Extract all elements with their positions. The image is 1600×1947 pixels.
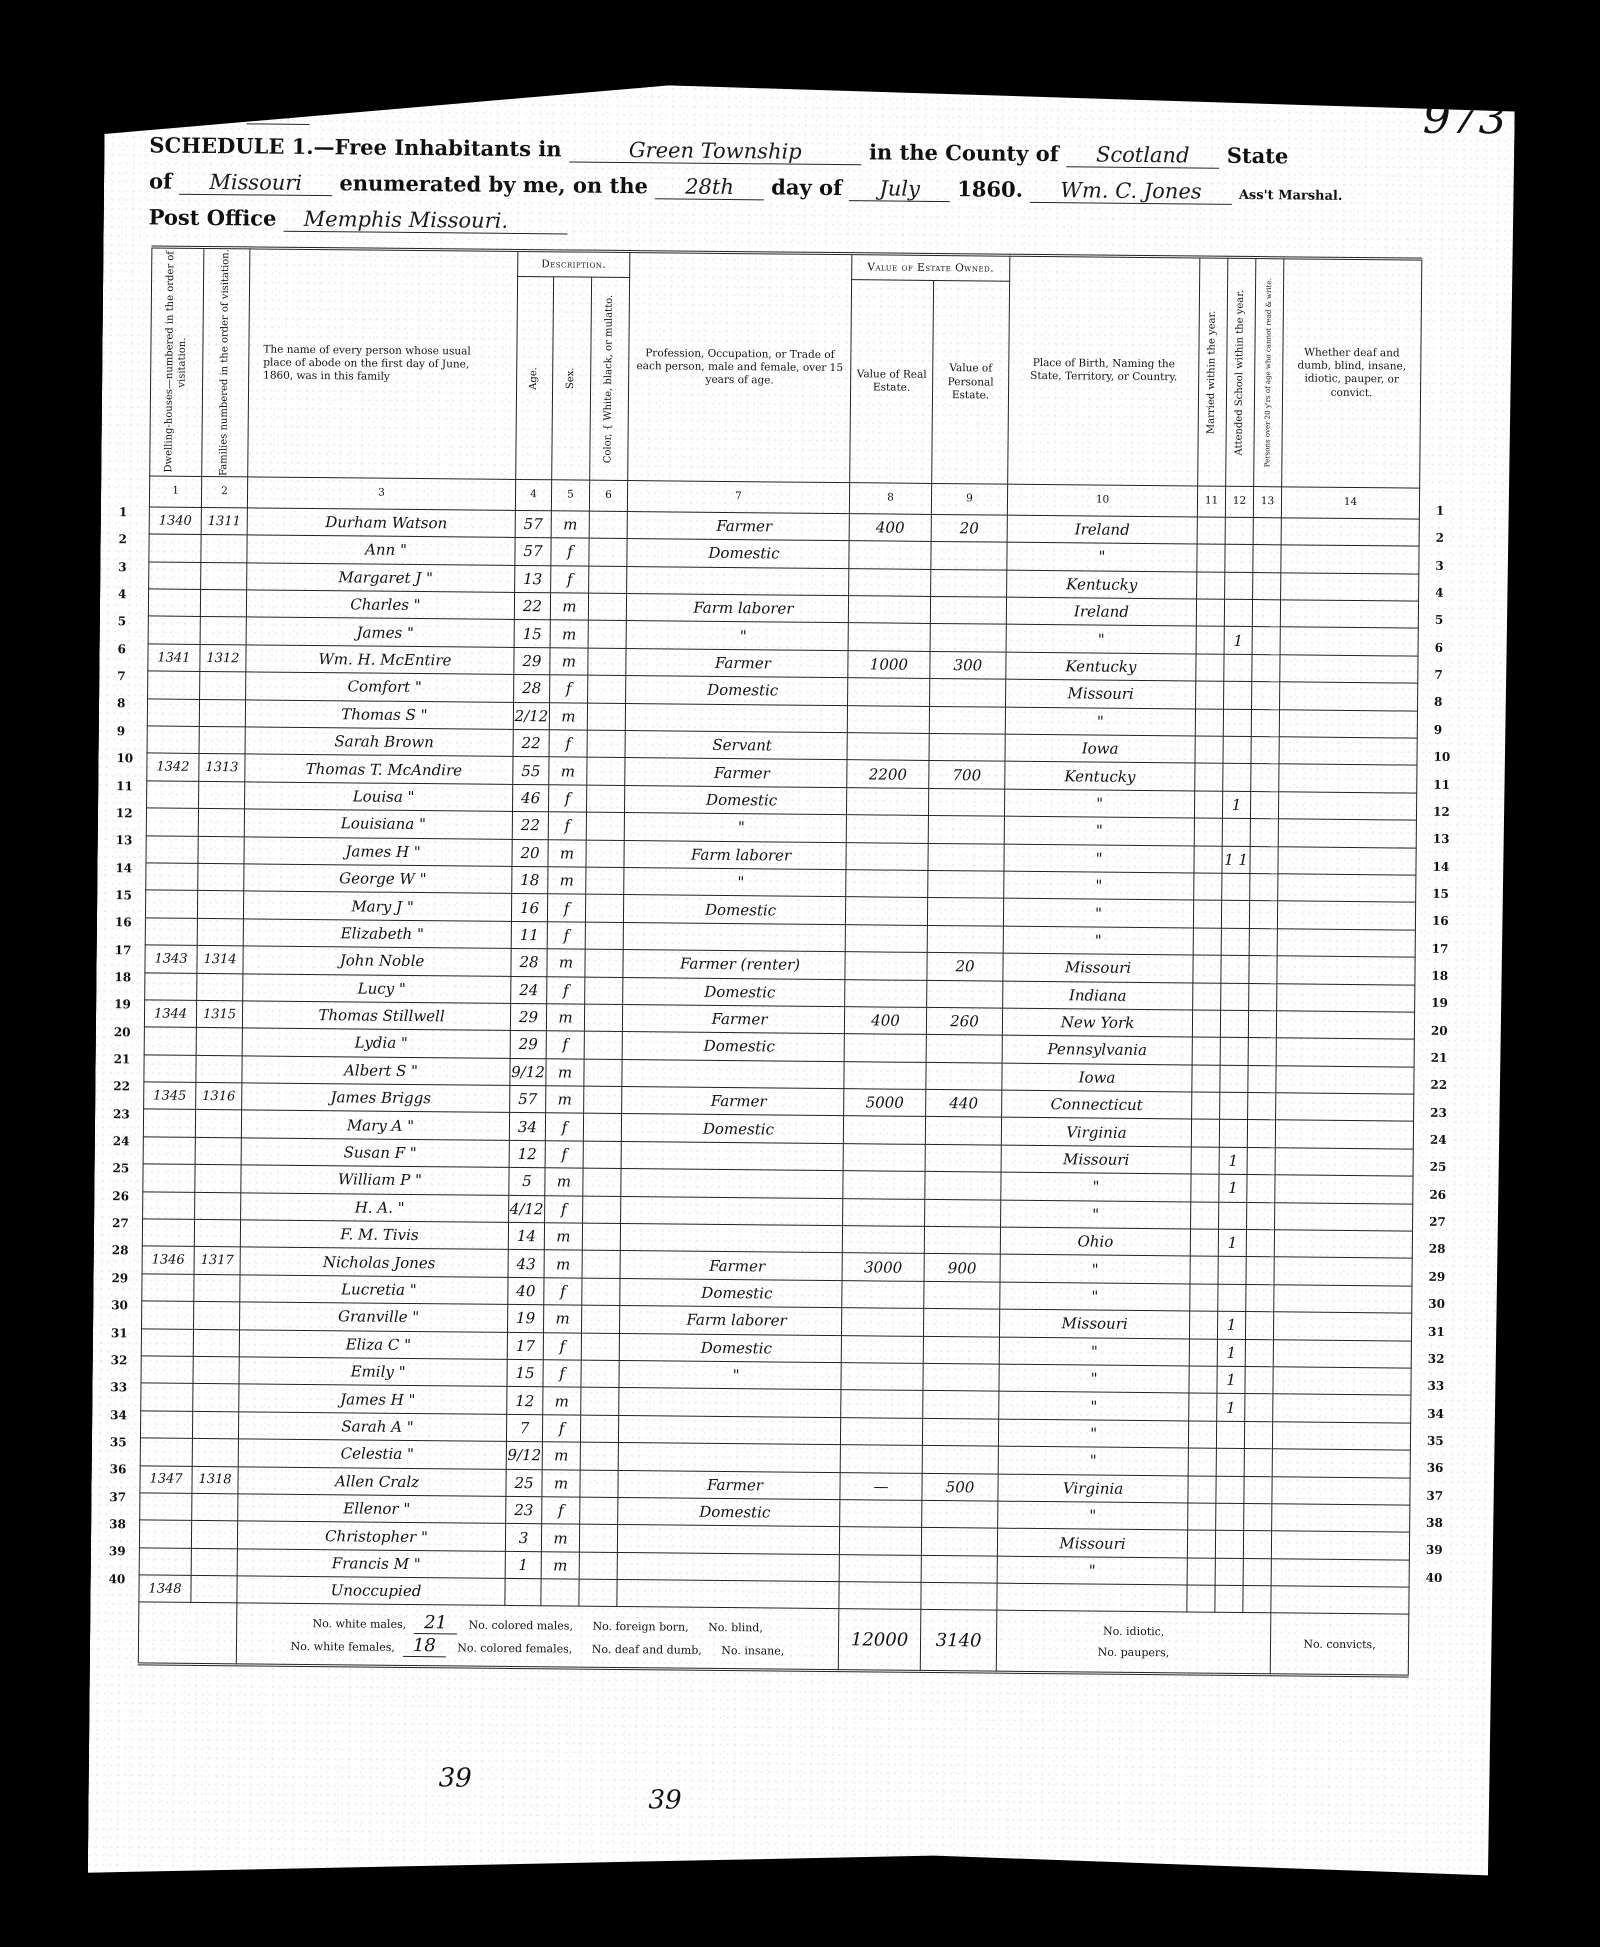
person-name: Charles " (246, 590, 514, 620)
birthplace: Kentucky (1007, 570, 1197, 599)
age: 34 (509, 1113, 545, 1141)
family-number (198, 809, 244, 837)
person-name: Francis M " (237, 1549, 505, 1579)
dwelling-number (147, 726, 199, 754)
dwelling-number (141, 1328, 193, 1356)
birthplace: Kentucky (1006, 652, 1196, 681)
birthplace: Missouri (1006, 679, 1196, 708)
line-number-left: 6 (117, 642, 125, 656)
sex: f (545, 1195, 583, 1223)
dwelling-number (146, 863, 198, 891)
real-estate-value: 400 (849, 514, 931, 542)
line-number-right: 20 (1431, 1023, 1448, 1037)
real-estate-value (847, 733, 929, 761)
color (588, 648, 626, 676)
idiotic-label: No. idiotic, (1103, 1625, 1164, 1639)
dwelling-number (143, 1164, 195, 1192)
disability (1277, 983, 1415, 1012)
birthplace: " (1001, 1200, 1191, 1229)
married (1192, 1037, 1220, 1065)
age: 15 (514, 620, 550, 648)
personal-estate-value (925, 1117, 1001, 1145)
month-field: July (849, 176, 950, 202)
family-number (197, 891, 243, 919)
married (1191, 1202, 1219, 1230)
married (1195, 736, 1223, 764)
real-estate-value (839, 1554, 921, 1582)
color (581, 1360, 619, 1388)
illiterate (1252, 682, 1280, 710)
illiterate (1246, 1257, 1274, 1285)
disability (1276, 1011, 1414, 1040)
disability (1273, 1312, 1411, 1341)
married (1191, 1147, 1219, 1175)
dwelling-number (146, 808, 198, 836)
personal-estate-value (929, 706, 1005, 734)
married (1189, 1339, 1217, 1367)
person-name: Christopher " (237, 1521, 505, 1551)
col-header-age: Age. (516, 277, 554, 480)
illiterate (1248, 1010, 1276, 1038)
personal-estate-value (931, 542, 1007, 570)
family-number: 1317 (194, 1247, 240, 1275)
birthplace: " (1004, 789, 1194, 818)
line-number-left: 21 (114, 1052, 131, 1066)
col-header-married: Married within the year. (1198, 257, 1228, 486)
illiterate (1253, 572, 1281, 600)
color (585, 894, 623, 922)
personal-estate-value (928, 870, 1004, 898)
attended-school (1225, 517, 1253, 545)
dwelling-number (148, 616, 200, 644)
married (1193, 928, 1221, 956)
sex: m (541, 1551, 579, 1579)
age: 25 (506, 1469, 542, 1497)
personal-estate-value (927, 980, 1003, 1008)
person-name: Lydia " (242, 1028, 510, 1058)
dwelling-number (143, 1137, 195, 1165)
family-number: 1316 (196, 1082, 242, 1110)
sex: f (548, 812, 586, 840)
illiterate (1250, 846, 1278, 874)
line-number-right: 25 (1430, 1160, 1447, 1174)
illiterate (1251, 737, 1279, 765)
line-number-right: 3 (1435, 558, 1443, 572)
age: 14 (508, 1222, 544, 1250)
line-number-left: 15 (115, 888, 132, 902)
age: 28 (511, 949, 547, 977)
column-number: 10 (1007, 484, 1197, 517)
line-number-left: 20 (114, 1025, 131, 1039)
real-estate-value (841, 1335, 923, 1363)
age: 29 (514, 647, 550, 675)
sex: m (544, 1223, 582, 1251)
occupation: Farm laborer (624, 840, 846, 870)
line-number-right: 27 (1429, 1215, 1446, 1229)
color (588, 675, 626, 703)
family-number: 1312 (200, 644, 246, 672)
line-number-right: 33 (1427, 1379, 1444, 1393)
line-number-right: 38 (1426, 1516, 1443, 1530)
real-estate-value (842, 1280, 924, 1308)
person-name: Elizabeth " (243, 919, 511, 949)
sex: m (551, 511, 589, 539)
illiterate (1252, 654, 1280, 682)
line-number-right: 5 (1435, 613, 1443, 627)
birthplace: " (999, 1364, 1189, 1393)
illiterate (1247, 1202, 1275, 1230)
occupation: Domestic (623, 977, 845, 1007)
county-label: in the County of (869, 139, 1059, 166)
married (1187, 1558, 1215, 1586)
married (1196, 681, 1224, 709)
married (1196, 599, 1224, 627)
color (585, 949, 623, 977)
person-name: Emily " (239, 1357, 507, 1387)
foreign-born-label: No. foreign born, (592, 1620, 688, 1634)
family-number (194, 1302, 240, 1330)
column-number: 5 (551, 480, 589, 511)
sex: f (546, 1031, 584, 1059)
person-name: H. A. " (241, 1192, 509, 1222)
line-number-left: 26 (112, 1189, 129, 1203)
real-estate-value (841, 1363, 923, 1391)
disability (1281, 572, 1419, 601)
line-number-right: 9 (1434, 723, 1442, 737)
attended-school: 1 (1217, 1394, 1245, 1422)
age: 5 (509, 1168, 545, 1196)
col-header-color: Color, { White, black, or mulatto. (590, 277, 630, 480)
real-estate-value (843, 1116, 925, 1144)
disability (1281, 545, 1419, 574)
disability (1274, 1257, 1412, 1286)
birthplace: " (1003, 898, 1193, 927)
line-number-left: 10 (116, 751, 133, 765)
occupation: Farmer (renter) (623, 950, 845, 980)
dwelling-number: 1345 (144, 1082, 196, 1110)
occupation: Farmer (625, 758, 847, 788)
real-estate-value (846, 787, 928, 815)
married (1195, 709, 1223, 737)
attended-school: 1 (1217, 1339, 1245, 1367)
line-number-left: 35 (110, 1435, 127, 1449)
age: 57 (515, 510, 551, 538)
attended-school (1215, 1585, 1243, 1613)
illiterate (1252, 600, 1280, 628)
disability (1276, 1065, 1414, 1094)
birthplace: New York (1002, 1008, 1192, 1037)
real-estate-value (842, 1226, 924, 1254)
line-number-left: 40 (109, 1572, 126, 1586)
dwelling-number: 1346 (142, 1246, 194, 1274)
real-estate-total: 12000 (841, 1629, 918, 1651)
age: 57 (515, 538, 551, 566)
occupation: " (619, 1360, 841, 1390)
line-number-left: 13 (116, 833, 133, 847)
person-name: Durham Watson (247, 508, 515, 538)
illiterate (1253, 517, 1281, 545)
person-name: Allen Cralz (238, 1466, 506, 1496)
married (1189, 1366, 1217, 1394)
illiterate (1247, 1120, 1275, 1148)
disability (1280, 600, 1418, 629)
color (585, 922, 623, 950)
age: 40 (508, 1277, 544, 1305)
dwelling-number (145, 918, 197, 946)
dwelling-number: 1341 (148, 644, 200, 672)
line-number-right: 11 (1433, 777, 1450, 791)
line-number-left: 8 (117, 697, 125, 711)
married (1192, 1092, 1220, 1120)
attended-school (1220, 1092, 1248, 1120)
occupation: Domestic (619, 1333, 841, 1363)
attended-school: 1 (1219, 1174, 1247, 1202)
illiterate (1245, 1339, 1273, 1367)
column-number: 11 (1197, 486, 1225, 517)
age: 24 (511, 976, 547, 1004)
attended-school: 1 1 (1222, 846, 1250, 874)
dwelling-number (145, 890, 197, 918)
color (579, 1552, 617, 1580)
attended-school: 1 (1219, 1147, 1247, 1175)
occupation: Domestic (618, 1497, 840, 1527)
person-name: Thomas Stillwell (242, 1001, 510, 1031)
family-number (197, 918, 243, 946)
column-number: 3 (247, 477, 515, 511)
line-number-left: 1 (119, 505, 127, 519)
married (1190, 1284, 1218, 1312)
disability (1281, 518, 1419, 547)
marshal-field: Wm. C. Jones (1030, 178, 1232, 205)
married (1187, 1585, 1215, 1613)
column-number: 13 (1253, 486, 1281, 517)
occupation: Farmer (626, 648, 848, 678)
illiterate (1245, 1366, 1273, 1394)
age: 28 (514, 675, 550, 703)
illiterate (1249, 928, 1277, 956)
person-name: Lucy " (243, 973, 511, 1003)
real-estate-value (846, 842, 928, 870)
sex: f (542, 1497, 580, 1525)
column-number: 8 (849, 483, 931, 515)
personal-estate-value (921, 1582, 997, 1610)
illiterate (1244, 1449, 1272, 1477)
sex: f (547, 976, 585, 1004)
color (582, 1223, 620, 1251)
person-name: Comfort " (246, 672, 514, 702)
personal-estate-value: 300 (930, 651, 1006, 679)
sex: f (551, 565, 589, 593)
color (589, 511, 627, 539)
dwelling-number (147, 699, 199, 727)
birthplace: Virginia (998, 1474, 1188, 1503)
age: 29 (510, 1003, 546, 1031)
dwelling-number (139, 1520, 191, 1548)
personal-estate-value (922, 1446, 998, 1474)
married (1193, 955, 1221, 983)
sex: m (545, 1168, 583, 1196)
married (1191, 1174, 1219, 1202)
disability (1279, 737, 1417, 766)
family-number (192, 1411, 238, 1439)
occupation (621, 1196, 843, 1226)
real-estate-value (848, 678, 930, 706)
color (580, 1442, 618, 1470)
personal-estate-value: 700 (929, 761, 1005, 789)
disability (1280, 682, 1418, 711)
occupation (621, 1169, 843, 1199)
enumeration-line: of Missouri enumerated by me, on the 28t… (149, 168, 1343, 204)
sex: f (542, 1415, 580, 1443)
sex: m (548, 839, 586, 867)
occupation: Domestic (623, 895, 845, 925)
line-number-left: 23 (113, 1107, 130, 1121)
birthplace: Kentucky (1005, 762, 1195, 791)
age: 13 (515, 565, 551, 593)
dwelling-number: 1348 (139, 1575, 191, 1603)
family-number (191, 1521, 237, 1549)
color (586, 785, 624, 813)
dwelling-number (141, 1383, 193, 1411)
color (581, 1305, 619, 1333)
age: 17 (507, 1332, 543, 1360)
occupation: Farmer (627, 511, 849, 541)
dwelling-number (147, 781, 199, 809)
occupation: Farmer (618, 1470, 840, 1500)
illiterate (1246, 1284, 1274, 1312)
township-field: Green Township (569, 137, 862, 165)
census-rows: 13401311Durham Watson57mFarmer40020Irela… (139, 507, 1419, 1615)
dwelling-number (149, 534, 201, 562)
occupation (620, 1224, 842, 1254)
line-number-left: 7 (117, 669, 125, 683)
occupation (621, 1141, 843, 1171)
married (1193, 900, 1221, 928)
col-header-illiterate: Persons over 20 y'rs of age who cannot r… (1254, 258, 1284, 487)
real-estate-value (844, 1061, 926, 1089)
family-number (199, 781, 245, 809)
sex: f (549, 730, 587, 758)
real-estate-value (846, 815, 928, 843)
attended-school: 1 (1224, 627, 1252, 655)
color (585, 977, 623, 1005)
line-number-right: 1 (1436, 504, 1444, 518)
married (1188, 1475, 1216, 1503)
dwelling-number (140, 1493, 192, 1521)
sex: m (543, 1387, 581, 1415)
stamp-number: 973 (1422, 93, 1506, 145)
disability (1277, 929, 1415, 958)
totals-population: No. white males,21 No. colored males, No… (236, 1603, 839, 1671)
person-name: James H " (244, 836, 512, 866)
real-estate-value (840, 1445, 922, 1473)
attended-school: 1 (1217, 1366, 1245, 1394)
age: 1 (505, 1551, 541, 1579)
personal-estate-value (927, 898, 1003, 926)
post-office-field: Memphis Missouri. (284, 207, 569, 235)
state-field: Missouri (179, 170, 332, 196)
disability (1274, 1285, 1412, 1314)
person-name: Mary A " (241, 1110, 509, 1140)
color (583, 1141, 621, 1169)
line-number-right: 23 (1430, 1105, 1447, 1119)
sex (541, 1579, 579, 1607)
col-header-school: Attended School within the year. (1226, 257, 1256, 486)
birthplace: " (1006, 625, 1196, 654)
dwelling-number (143, 1109, 195, 1137)
attended-school (1221, 955, 1249, 983)
white-males-label: No. white males, (312, 1618, 406, 1632)
totals-row: No. white males,21 No. colored males, No… (138, 1602, 1409, 1676)
illiterate (1243, 1558, 1271, 1586)
color (586, 812, 624, 840)
line-number-right: 2 (1436, 531, 1444, 545)
disability (1276, 1093, 1414, 1122)
family-number (193, 1356, 239, 1384)
sex: m (546, 1086, 584, 1114)
real-estate-value (840, 1417, 922, 1445)
person-name: William P " (241, 1165, 509, 1195)
illiterate (1244, 1421, 1272, 1449)
attended-school (1221, 901, 1249, 929)
illiterate (1244, 1503, 1272, 1531)
color (580, 1415, 618, 1443)
occupation (625, 703, 847, 733)
personal-estate-value (926, 1035, 1002, 1063)
disability (1280, 655, 1418, 684)
occupation (622, 1059, 844, 1089)
color (584, 1031, 622, 1059)
disability (1271, 1531, 1409, 1560)
sex: m (549, 757, 587, 785)
personal-estate-value (928, 843, 1004, 871)
family-number (192, 1493, 238, 1521)
line-number-right: 30 (1428, 1297, 1445, 1311)
disability (1273, 1339, 1411, 1368)
person-name: Nicholas Jones (240, 1247, 508, 1277)
color (587, 703, 625, 731)
family-number (191, 1548, 237, 1576)
person-name: Thomas T. McAndire (245, 754, 513, 784)
illiterate (1249, 983, 1277, 1011)
family-number (197, 973, 243, 1001)
occupation: Farm laborer (620, 1306, 842, 1336)
person-name: Granville " (240, 1302, 508, 1332)
sex: f (545, 1141, 583, 1169)
age: 7 (506, 1414, 542, 1442)
age: 22 (513, 729, 549, 757)
attended-school (1215, 1558, 1243, 1586)
attended-school (1221, 983, 1249, 1011)
married (1194, 846, 1222, 874)
dwelling-number: 1340 (149, 507, 201, 535)
deaf-dumb-label: No. deaf and dumb, (592, 1643, 702, 1657)
birthplace: " (1001, 1172, 1191, 1201)
color (586, 840, 624, 868)
birthplace (997, 1583, 1187, 1612)
personal-estate-value (923, 1336, 999, 1364)
attended-school (1220, 1065, 1248, 1093)
sex: m (541, 1524, 579, 1552)
real-estate-value (849, 568, 931, 596)
line-number-right: 34 (1427, 1406, 1444, 1420)
real-estate-value (839, 1582, 921, 1610)
personal-estate-value (922, 1500, 998, 1528)
sex: m (550, 620, 588, 648)
family-number (195, 1192, 241, 1220)
occupation: Domestic (626, 676, 848, 706)
disability (1272, 1422, 1410, 1451)
